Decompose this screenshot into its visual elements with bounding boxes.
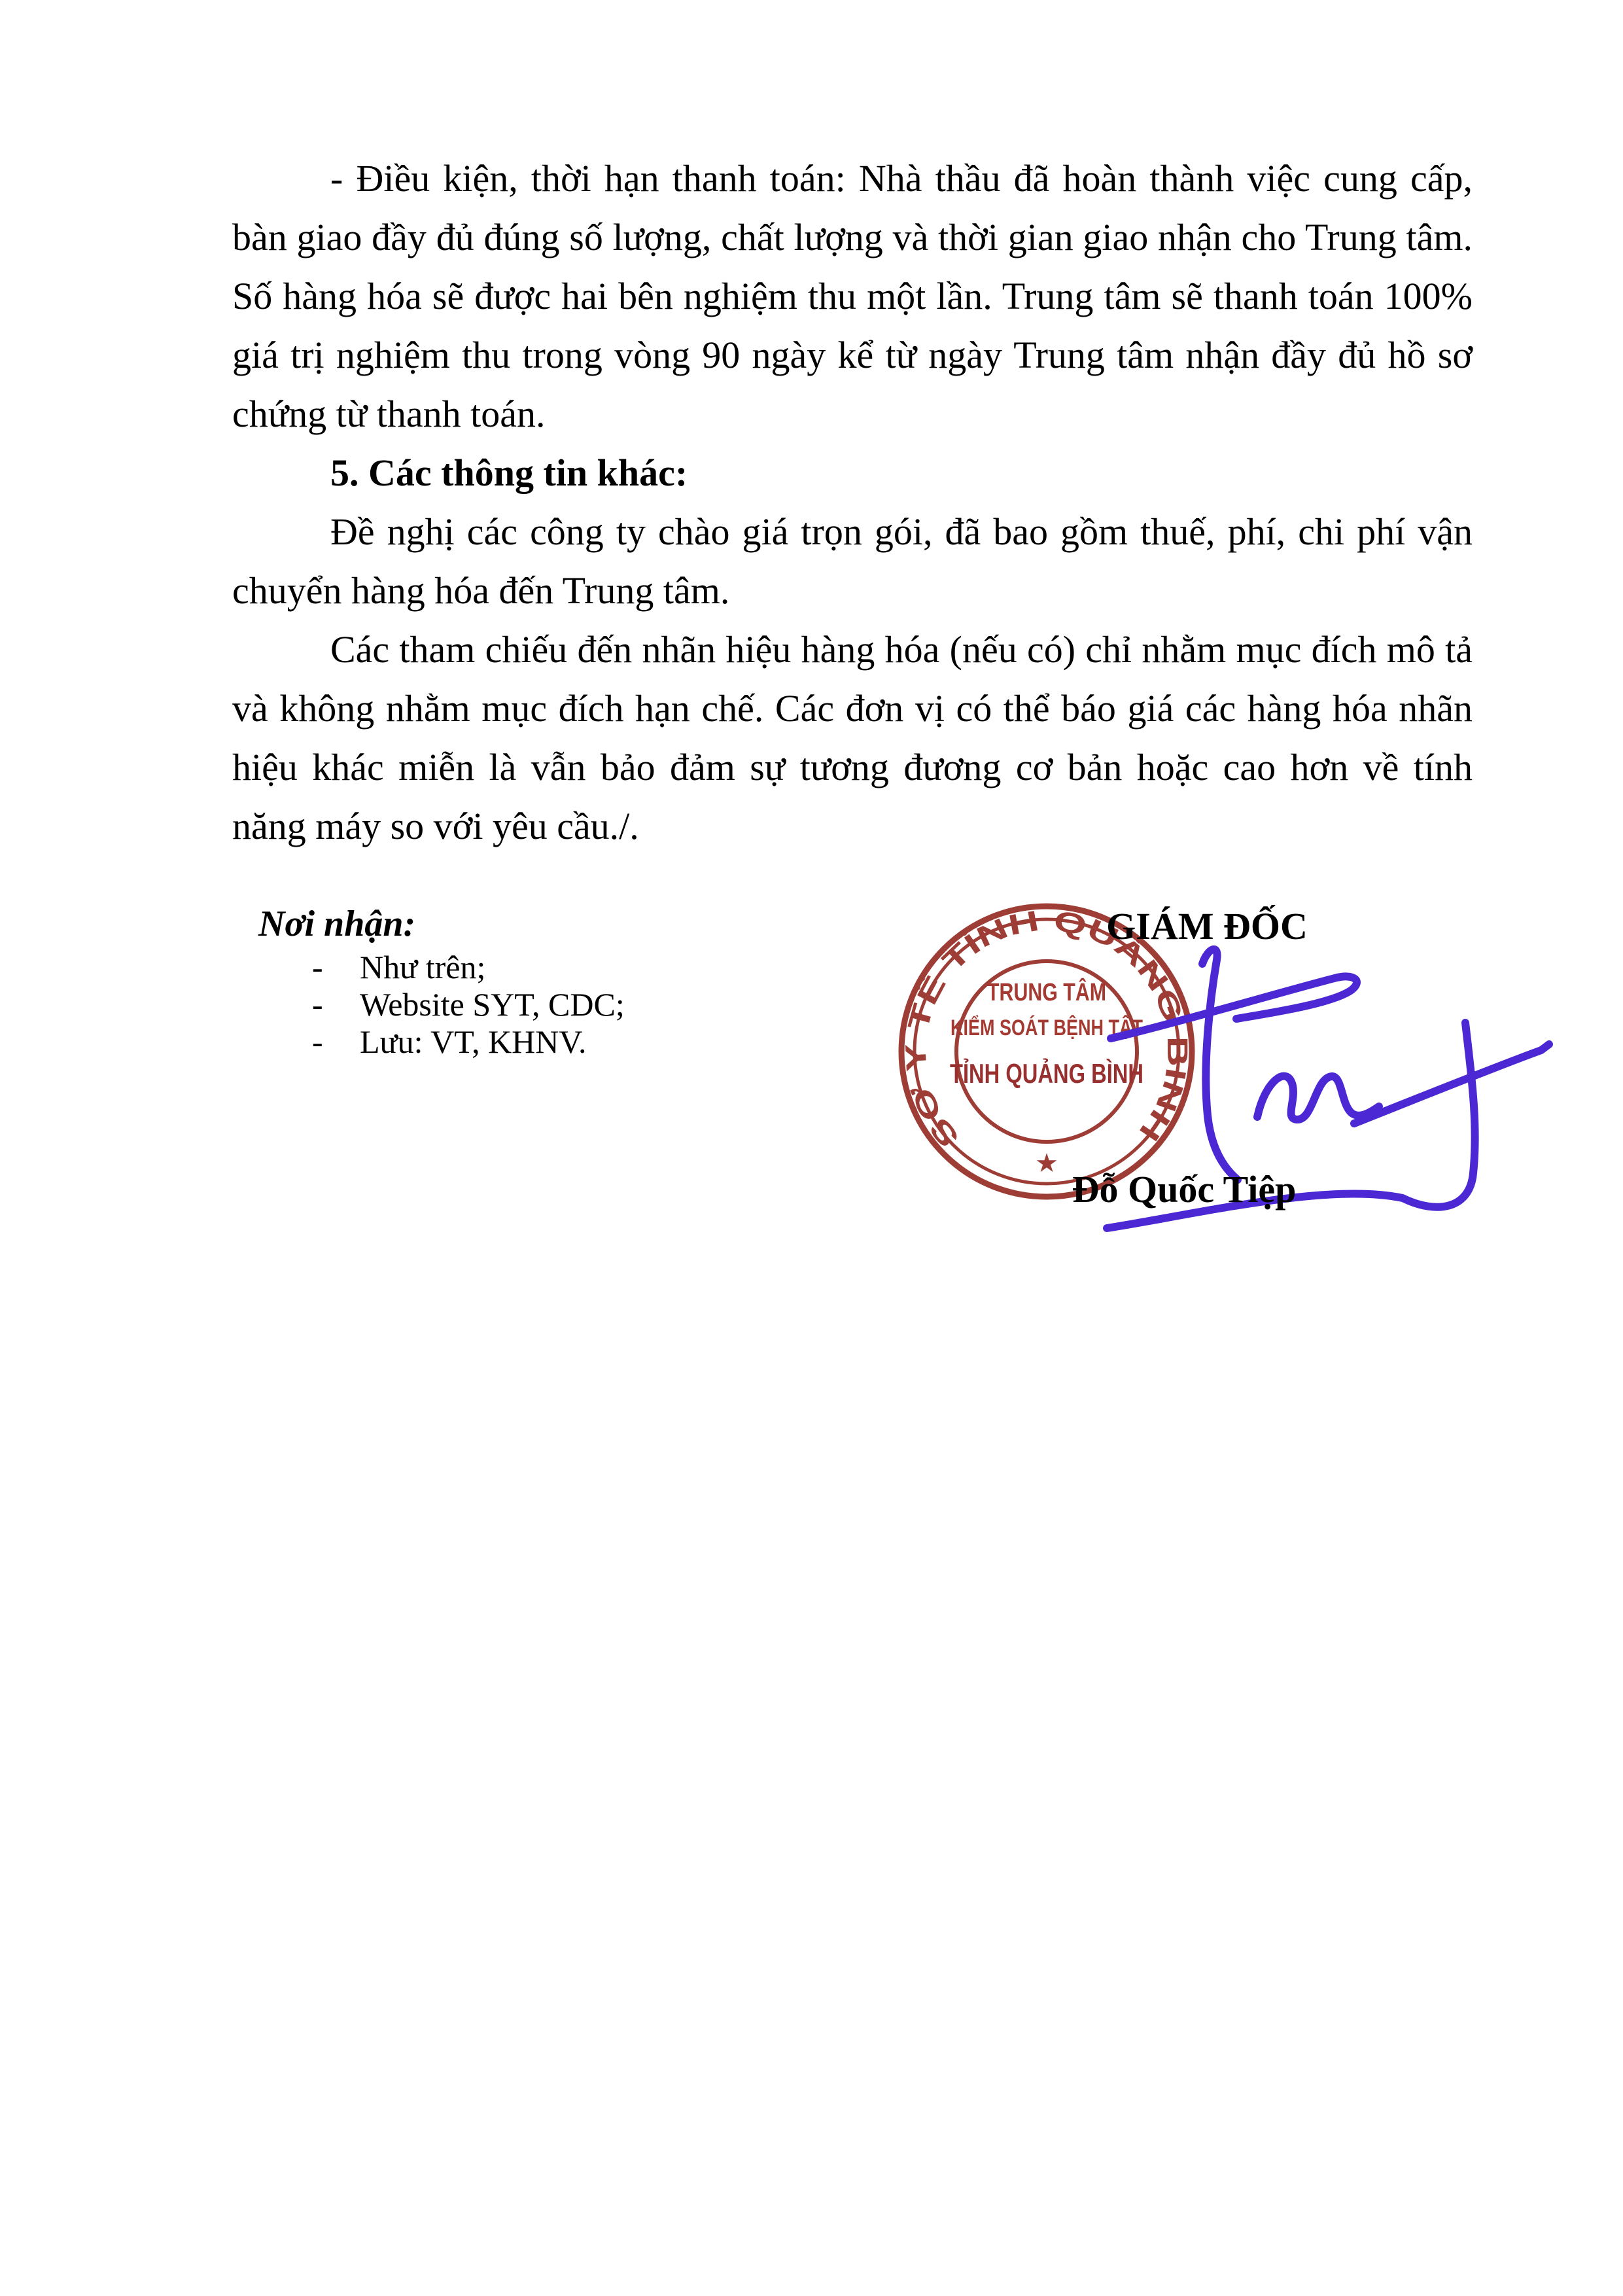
recipient-label: Website SYT, CDC; (360, 986, 625, 1023)
list-item: - Website SYT, CDC; (258, 986, 821, 1023)
recipients-block: Nơi nhận: - Như trên; - Website SYT, CDC… (258, 903, 821, 1061)
paragraph-lump-sum-quote: Đề nghị các công ty chào giá trọn gói, đ… (232, 503, 1473, 620)
paragraph-brand-references: Các tham chiếu đến nhãn hiệu hàng hóa (n… (232, 620, 1473, 856)
list-item: - Lưu: VT, KHNV. (258, 1023, 821, 1061)
signer-name: Đỗ Quốc Tiệp (988, 1169, 1380, 1210)
recipient-label: Như trên; (360, 949, 485, 986)
dash-marker: - (258, 1023, 360, 1061)
section-heading-other-info: 5. Các thông tin khác: (232, 444, 1473, 503)
document-page: - Điều kiện, thời hạn thanh toán: Nhà th… (0, 0, 1623, 2296)
director-title: GIÁM ĐỐC (1011, 906, 1403, 947)
recipients-title: Nơi nhận: (258, 903, 821, 945)
dash-marker: - (258, 949, 360, 986)
paragraph-payment-terms: - Điều kiện, thời hạn thanh toán: Nhà th… (232, 149, 1473, 444)
list-item: - Như trên; (258, 949, 821, 986)
recipients-list: - Như trên; - Website SYT, CDC; - Lưu: V… (258, 949, 821, 1061)
document-body: - Điều kiện, thời hạn thanh toán: Nhà th… (232, 149, 1473, 856)
recipient-label: Lưu: VT, KHNV. (360, 1023, 587, 1061)
dash-marker: - (258, 986, 360, 1023)
